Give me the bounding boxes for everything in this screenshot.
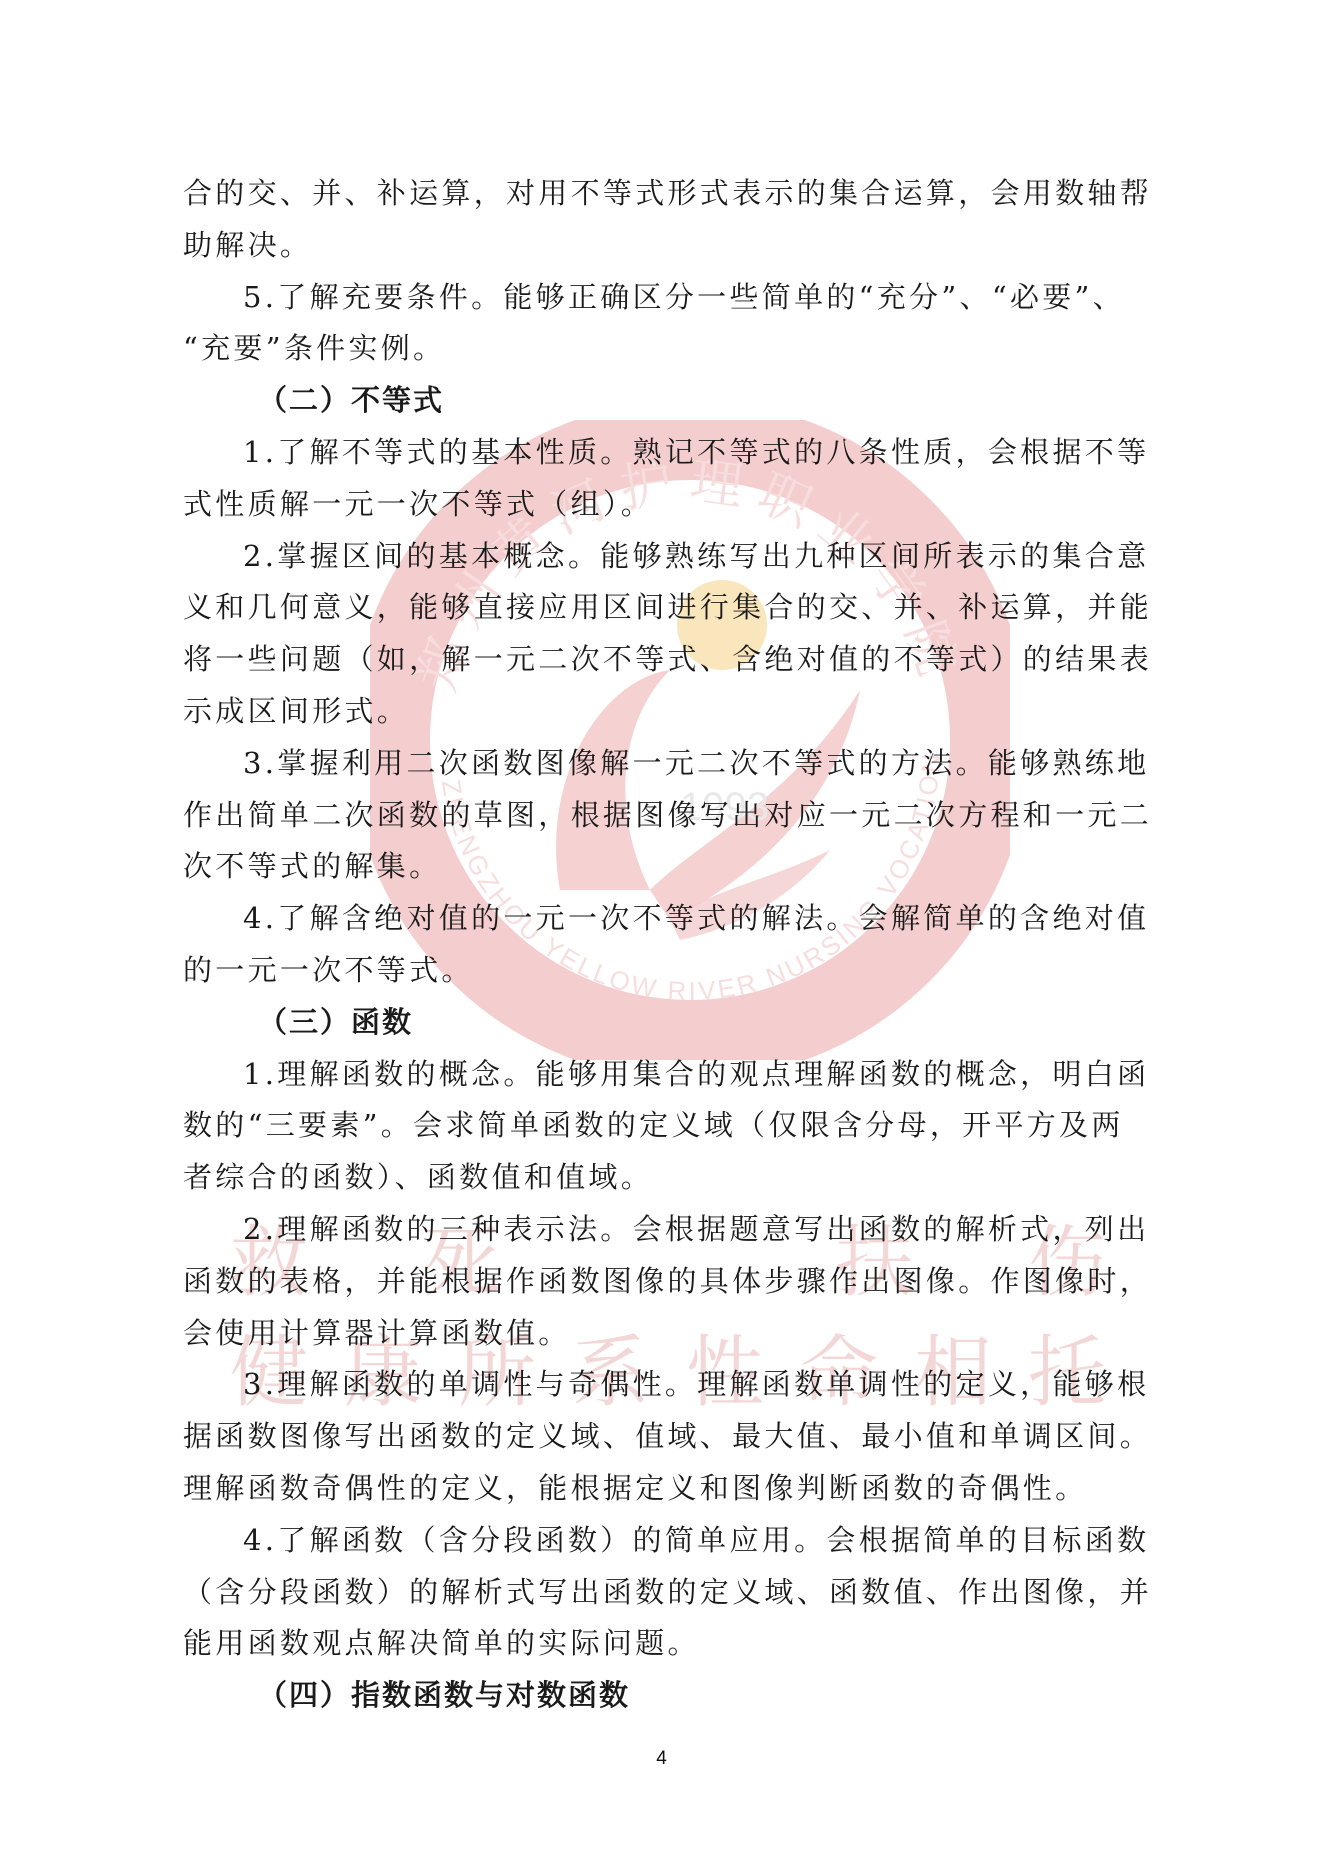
paragraph-line: 者综合的函数）、函数值和值域。 xyxy=(183,1152,1123,1204)
paragraph-line: 义和几何意义，能够直接应用区间进行集合的交、并、补运算，并能 xyxy=(183,582,1123,634)
paragraph-line: “充要”条件实例。 xyxy=(183,323,1123,375)
section-heading-inequalities: （二）不等式 xyxy=(183,375,1123,427)
paragraph-line: 会使用计算器计算函数值。 xyxy=(183,1308,1123,1360)
paragraph-line: 5.了解充要条件。能够正确区分一些简单的“充分”、“必要”、 xyxy=(183,272,1123,324)
paragraph-line: 1.理解函数的概念。能够用集合的观点理解函数的概念，明白函 xyxy=(183,1049,1123,1101)
paragraph-line: 式性质解一元一次不等式（组）。 xyxy=(183,479,1123,531)
paragraph-line: 能用函数观点解决简单的实际问题。 xyxy=(183,1618,1123,1670)
section-heading-functions: （三）函数 xyxy=(183,997,1123,1049)
section-heading-exponential-log: （四）指数函数与对数函数 xyxy=(183,1670,1123,1722)
paragraph-line: 3.理解函数的单调性与奇偶性。理解函数单调性的定义，能够根 xyxy=(183,1359,1123,1411)
paragraph-line: （含分段函数）的解析式写出函数的定义域、函数值、作出图像，并 xyxy=(183,1567,1123,1619)
paragraph-line: 将一些问题（如，解一元二次不等式、含绝对值的不等式）的结果表 xyxy=(183,634,1123,686)
paragraph-line: 2.理解函数的三种表示法。会根据题意写出函数的解析式，列出 xyxy=(183,1204,1123,1256)
paragraph-line: 3.掌握利用二次函数图像解一元二次不等式的方法。能够熟练地 xyxy=(183,738,1123,790)
paragraph-line: 数的“三要素”。会求简单函数的定义域（仅限含分母，开平方及两 xyxy=(183,1100,1123,1152)
paragraph-line: 作出简单二次函数的草图，根据图像写出对应一元二次方程和一元二 xyxy=(183,790,1123,842)
paragraph-line: 1.了解不等式的基本性质。熟记不等式的八条性质，会根据不等 xyxy=(183,427,1123,479)
document-body: 合的交、并、补运算，对用不等式形式表示的集合运算，会用数轴帮 助解决。 5.了解… xyxy=(183,168,1123,1722)
paragraph-line: 2.掌握区间的基本概念。能够熟练写出九种区间所表示的集合意 xyxy=(183,531,1123,583)
paragraph-line: 4.了解函数（含分段函数）的简单应用。会根据简单的目标函数 xyxy=(183,1515,1123,1567)
page-number: 4 xyxy=(0,1748,1323,1770)
paragraph-line: 理解函数奇偶性的定义，能根据定义和图像判断函数的奇偶性。 xyxy=(183,1463,1123,1515)
paragraph-line: 合的交、并、补运算，对用不等式形式表示的集合运算，会用数轴帮 xyxy=(183,168,1123,220)
paragraph-line: 助解决。 xyxy=(183,220,1123,272)
paragraph-line: 据函数图像写出函数的定义域、值域、最大值、最小值和单调区间。 xyxy=(183,1411,1123,1463)
document-page: 1993 郑州黄河护理职业学院 ZHENGZHOU YELLOW RIVER N… xyxy=(0,0,1323,1871)
paragraph-line: 4.了解含绝对值的一元一次不等式的解法。会解简单的含绝对值 xyxy=(183,893,1123,945)
paragraph-line: 示成区间形式。 xyxy=(183,686,1123,738)
paragraph-line: 的一元一次不等式。 xyxy=(183,945,1123,997)
paragraph-line: 函数的表格，并能根据作函数图像的具体步骤作出图像。作图像时， xyxy=(183,1256,1123,1308)
paragraph-line: 次不等式的解集。 xyxy=(183,841,1123,893)
